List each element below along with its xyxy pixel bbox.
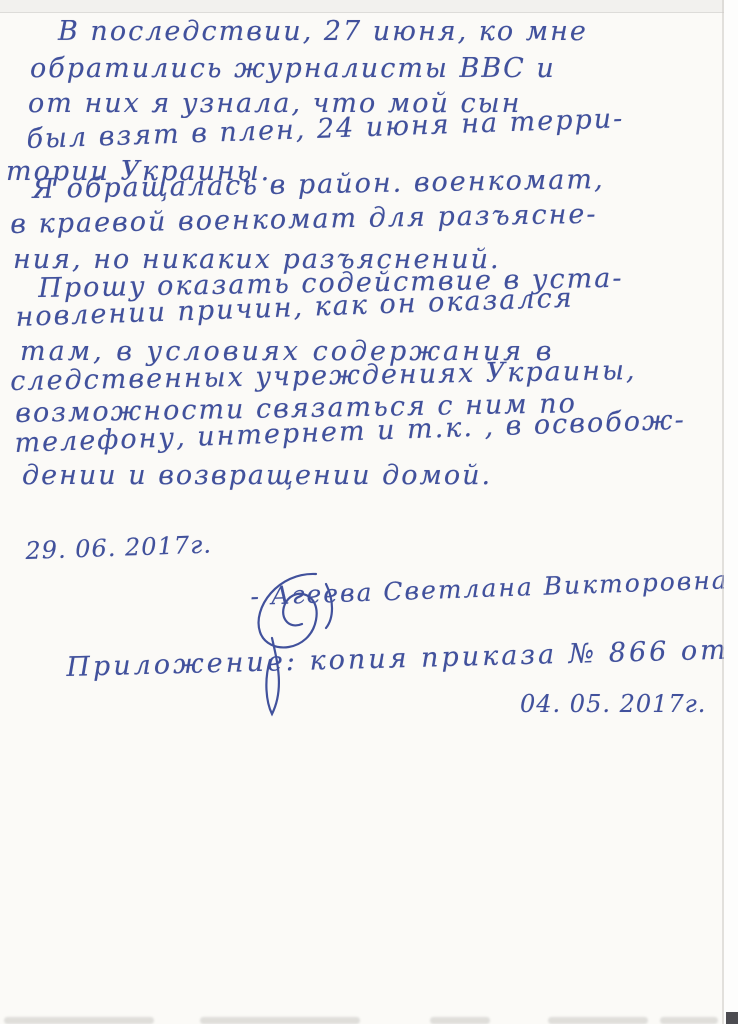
scan-top-edge-band — [0, 0, 738, 13]
scan-bottom-smudge — [548, 1017, 648, 1024]
scan-bottom-smudge — [430, 1017, 490, 1024]
scan-bottom-smudge — [660, 1017, 718, 1024]
scan-corner-mark — [726, 1012, 738, 1024]
attachment-date: 04. 05. 2017г. — [520, 690, 706, 718]
handwritten-line: дении и возвращении домой. — [22, 460, 492, 491]
scanned-handwritten-letter: В последствии, 27 июня, ко мне обратилис… — [0, 0, 738, 1024]
handwritten-line: В последствии, 27 июня, ко мне — [58, 16, 588, 47]
handwritten-line: в краевой военкомат для разъясне- — [10, 199, 598, 240]
handwritten-line: обратились журналисты ВВС и — [30, 53, 556, 84]
attachment-line: Приложение: копия приказа № 866 от — [66, 635, 729, 683]
scan-right-edge-line — [722, 0, 724, 1024]
scan-bottom-smudge — [200, 1017, 360, 1024]
date-line: 29. 06. 2017г. — [25, 530, 212, 564]
scan-bottom-smudge — [4, 1017, 154, 1024]
scan-right-edge-strip — [724, 0, 738, 1024]
